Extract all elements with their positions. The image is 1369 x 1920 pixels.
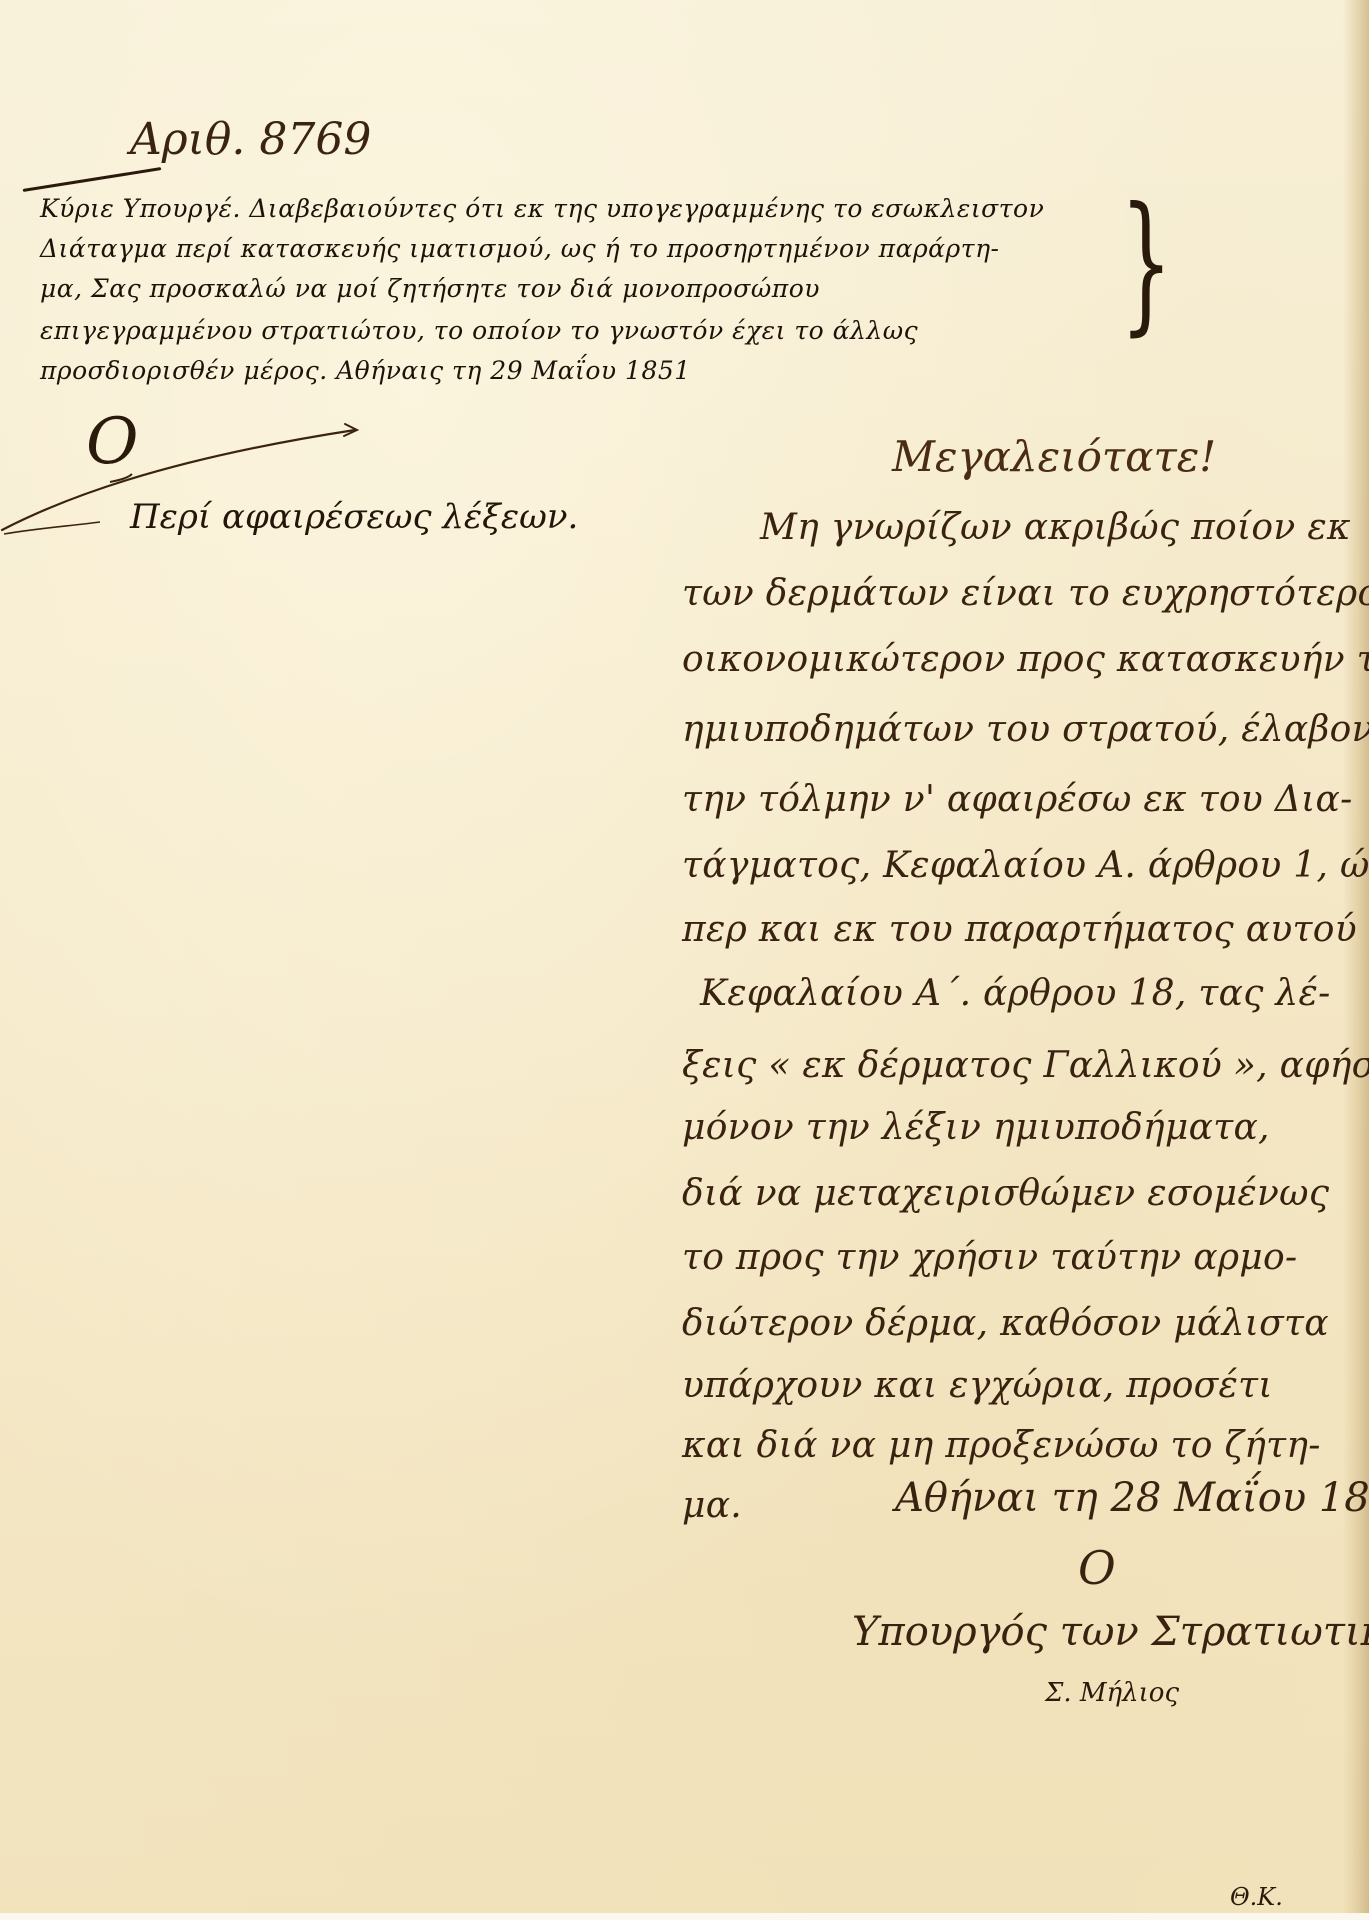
corner-initials: Θ.Κ. — [1230, 1885, 1283, 1909]
body-line: περ και εκ του παραρτήματος αυτού — [682, 912, 1357, 948]
margin-note-line: μα, Σας προσκαλώ να μοί ζητήσητε τον διά… — [40, 276, 820, 301]
date-line: Αθήναι τη 28 Μαΐου 1851. — [895, 1478, 1369, 1518]
closing-article: Ο — [1078, 1545, 1116, 1591]
body-line: την τόλμην ν' αφαιρέσω εκ του Δια- — [682, 782, 1353, 818]
body-line: μόνον την λέξιν ημιυποδήματα, — [682, 1110, 1270, 1146]
reference-underline-stroke — [23, 167, 162, 192]
body-line: διά να μεταχειρισθώμεν εσομένως — [682, 1176, 1329, 1212]
minister-signature: Σ. Μήλιος — [1045, 1680, 1179, 1706]
body-line: ξεις « εκ δέρματος Γαλλικού », αφήσας — [682, 1048, 1369, 1084]
margin-note-line: προσδιορισθέν μέρος. Αθήναις τη 29 Μαΐου… — [40, 358, 691, 383]
subject-title: Περί αφαιρέσεως λέξεων. — [130, 500, 578, 534]
reference-number: Αριθ. 8769 — [130, 118, 371, 162]
letter-page: Αριθ. 8769 Κύριε Υπουργέ. Διαβεβαιούντες… — [0, 0, 1369, 1913]
body-line: Κεφαλαίου Α΄. άρθρου 18, τας λέ- — [700, 976, 1331, 1012]
margin-note-line: Διάταγμα περί κατασκευής ιματισμού, ως ή… — [40, 236, 1000, 261]
body-line: Μη γνωρίζων ακριβώς ποίον εκ — [760, 510, 1351, 546]
body-line: μα. — [682, 1488, 742, 1524]
margin-note-line: Κύριε Υπουργέ. Διαβεβαιούντες ότι εκ της… — [40, 196, 1044, 221]
body-line: ημιυποδημάτων του στρατού, έλαβον — [682, 712, 1369, 748]
body-line: υπάρχουν και εγχώρια, προσέτι — [682, 1368, 1273, 1404]
scan-bottom-strip — [0, 1913, 1369, 1920]
salutation: Μεγαλειότατε! — [892, 436, 1216, 478]
margin-note-line: επιγεγραμμένου στρατιώτου, το οποίον το … — [40, 318, 918, 343]
body-line: οικονομικώτερον προς κατασκευήν των — [682, 642, 1369, 678]
body-line: και διά να μη προξενώσω το ζήτη- — [682, 1428, 1321, 1464]
closing-title: Υπουργός των Στρατιωτικών — [852, 1612, 1369, 1652]
curly-brace-icon: } — [1120, 188, 1172, 338]
body-line: τάγματος, Κεφαλαίου Α. άρθρου 1, ώσ- — [682, 848, 1369, 884]
body-line: των δερμάτων είναι το ευχρηστότερον και — [682, 576, 1369, 612]
body-line: διώτερον δέρμα, καθόσον μάλιστα — [682, 1306, 1329, 1342]
body-line: το προς την χρήσιν ταύτην αρμο- — [682, 1240, 1297, 1276]
